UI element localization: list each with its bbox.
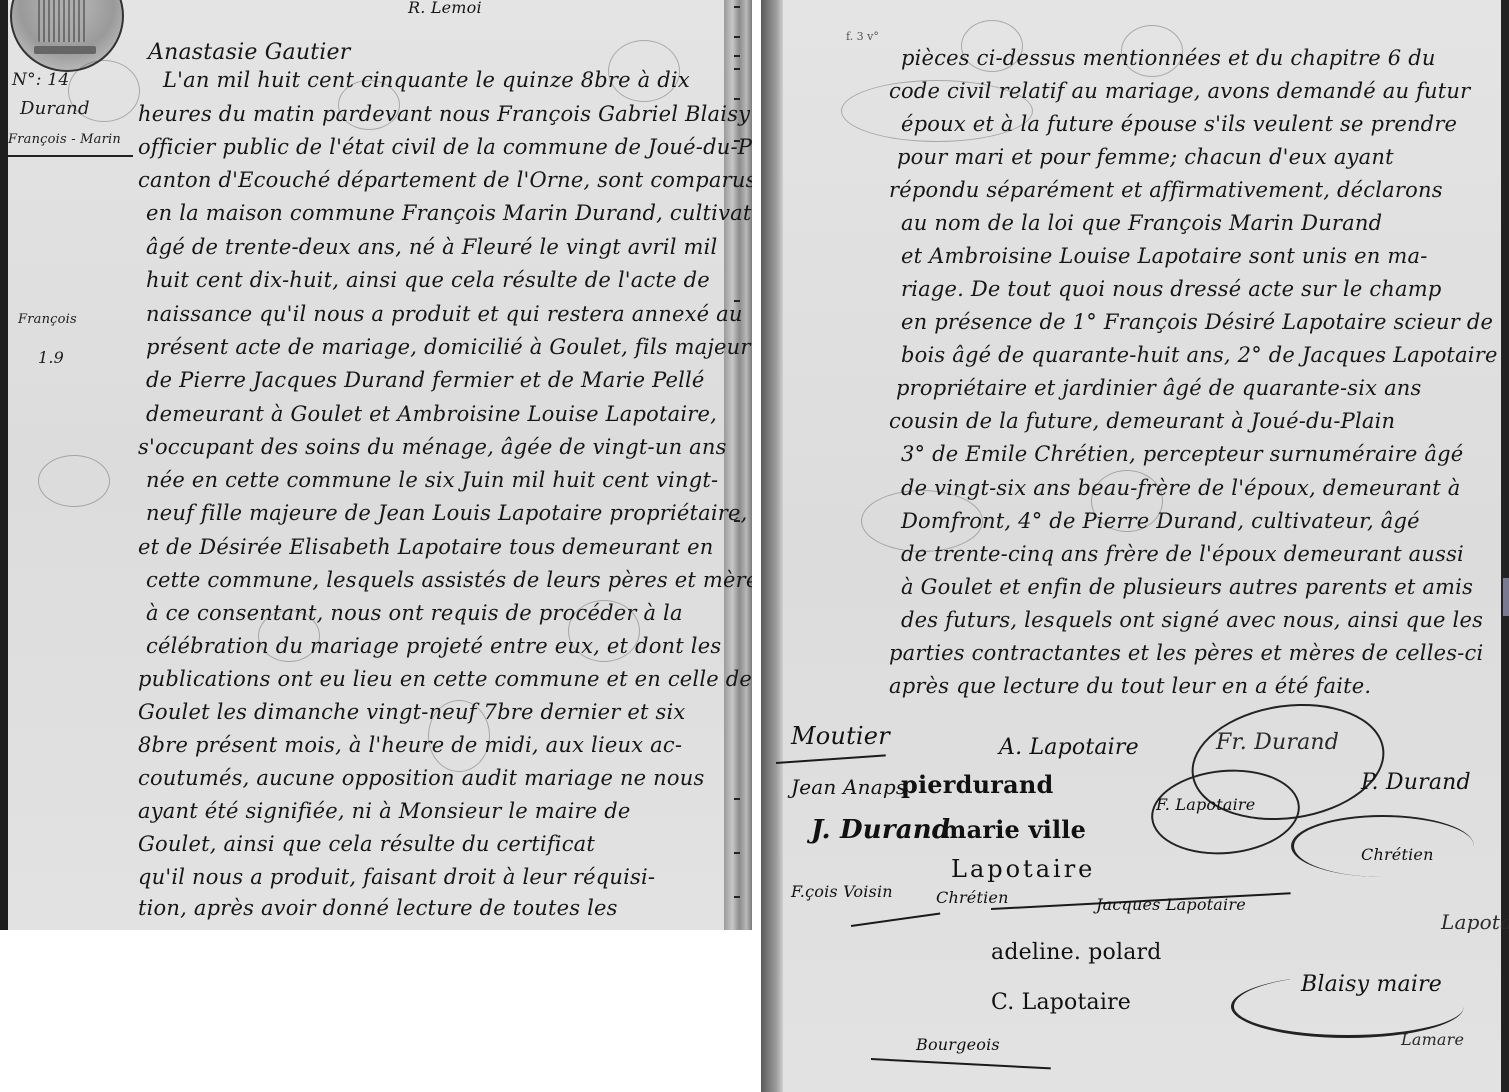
signature: pierdurand xyxy=(901,770,1053,799)
signature: Moutier xyxy=(791,722,890,750)
signature: Jacques Lapotaire xyxy=(1096,895,1246,914)
signature: F. Lapotaire xyxy=(1156,795,1255,814)
margin-surname: Durand xyxy=(20,98,90,119)
seal-seated-figure-icon xyxy=(38,0,86,42)
signature: J. Durand xyxy=(811,815,950,845)
signature: Chrétien xyxy=(936,888,1009,907)
record-line: s'occupant des soins du ménage, âgée de … xyxy=(138,437,727,458)
record-line: naissance qu'il nous a produit et qui re… xyxy=(146,304,743,325)
signature: Jean Anaps xyxy=(791,775,906,799)
signature: P. Durand xyxy=(1361,770,1471,795)
record-line: huit cent dix-huit, ainsi que cela résul… xyxy=(146,270,710,291)
record-line: cette commune, lesquels assistés de leur… xyxy=(146,570,752,591)
record-line: pièces ci-dessus mentionnées et du chapi… xyxy=(901,48,1436,69)
signature-underline xyxy=(871,1058,1051,1069)
left-register-page: R. Lemoi Anastasie Gautier N°: 14 Durand… xyxy=(0,0,752,930)
act-number: N°: 14 xyxy=(12,70,69,90)
signature: Lapotaire xyxy=(1441,910,1509,934)
signature-underline xyxy=(851,912,940,927)
record-line: née en cette commune le six Juin mil hui… xyxy=(146,470,718,491)
record-line: neuf fille majeure de Jean Louis Lapotai… xyxy=(146,503,748,524)
record-line: de trente-cinq ans frère de l'époux deme… xyxy=(901,544,1464,565)
header-top-name: R. Lemoi xyxy=(408,0,482,17)
record-line: officier public de l'état civil de la co… xyxy=(138,137,752,158)
margin-lower-note: François xyxy=(18,312,77,327)
record-line: des futurs, lesquels ont signé avec nous… xyxy=(901,610,1483,631)
record-line: L'an mil huit cent cinquante le quinze 8… xyxy=(163,70,690,91)
record-line: ayant été signifiée, ni à Monsieur le ma… xyxy=(138,801,631,822)
record-line: présent acte de mariage, domicilié à Gou… xyxy=(146,337,751,358)
margin-divider xyxy=(8,155,133,157)
record-line: Domfront, 4° de Pierre Durand, cultivate… xyxy=(901,511,1420,532)
record-line: propriétaire et jardinier âgé de quarant… xyxy=(896,378,1422,399)
record-line: cousin de la future, demeurant à Joué-du… xyxy=(889,411,1395,432)
record-line: pour mari et pour femme; chacun d'eux ay… xyxy=(897,147,1394,168)
record-line: et de Désirée Elisabeth Lapotaire tous d… xyxy=(138,537,714,558)
record-line: en présence de 1° François Désiré Lapota… xyxy=(901,312,1493,333)
record-line: publications ont eu lieu en cette commun… xyxy=(138,669,752,690)
record-line: coutumés, aucune opposition audit mariag… xyxy=(138,768,704,789)
signature: Chrétien xyxy=(1361,845,1434,864)
signature: C. Lapotaire xyxy=(991,990,1131,1015)
record-line: bois âgé de quarante-huit ans, 2° de Jac… xyxy=(901,345,1498,366)
record-line: heures du matin pardevant nous François … xyxy=(138,104,752,125)
signature: Bourgeois xyxy=(916,1035,1000,1054)
record-line: au nom de la loi que François Marin Dura… xyxy=(901,213,1382,234)
signature: Blaisy maire xyxy=(1301,972,1442,997)
record-line: après que lecture du tout leur en a été … xyxy=(889,676,1371,697)
signature: Lapotaire xyxy=(951,855,1095,883)
record-line: tion, après avoir donné lecture de toute… xyxy=(138,898,618,919)
record-line: 8bre présent mois, à l'heure de midi, au… xyxy=(138,735,682,756)
folio-pencil-note: f. 3 v° xyxy=(846,30,879,43)
ink-flourish xyxy=(38,455,110,507)
signature-underline xyxy=(776,754,886,764)
margin-given-names: François - Marin xyxy=(8,132,121,147)
margin-lower-number: 1.9 xyxy=(38,348,64,367)
record-line: canton d'Ecouché département de l'Orne, … xyxy=(138,170,752,191)
signature: marie ville xyxy=(941,815,1086,844)
record-line: 3° de Emile Chrétien, percepteur surnumé… xyxy=(901,444,1463,465)
record-line: parties contractantes et les pères et mè… xyxy=(889,643,1483,664)
signature: Lamare xyxy=(1401,1030,1464,1049)
record-line: demeurant à Goulet et Ambroisine Louise … xyxy=(146,404,717,425)
record-line: à Goulet et enfin de plusieurs autres pa… xyxy=(901,577,1473,598)
record-line: âgé de trente-deux ans, né à Fleuré le v… xyxy=(146,237,717,258)
record-line: répondu séparément et affirmativement, d… xyxy=(889,180,1443,201)
seal-inscription-band xyxy=(34,46,96,54)
record-line: en la maison commune François Marin Dura… xyxy=(146,203,752,224)
page-edge-tab xyxy=(1503,578,1509,616)
record-line: époux et à la future épouse s'ils veulen… xyxy=(901,114,1457,135)
record-line: et Ambroisine Louise Lapotaire sont unis… xyxy=(901,246,1428,267)
signature: adeline. polard xyxy=(991,940,1162,965)
record-line: riage. De tout quoi nous dressé acte sur… xyxy=(901,279,1442,300)
record-line: de Pierre Jacques Durand fermier et de M… xyxy=(146,370,705,391)
right-register-page: f. 3 v° pièces ci-dessus mentionnées et … xyxy=(761,0,1509,1092)
record-line: Goulet les dimanche vingt-neuf 7bre dern… xyxy=(138,702,685,723)
record-line: Goulet, ainsi que cela résulte du certif… xyxy=(138,834,595,855)
signature: Fr. Durand xyxy=(1216,730,1339,755)
record-line: à ce consentant, nous ont requis de proc… xyxy=(146,603,683,624)
binding-gutter xyxy=(761,0,783,1092)
record-line: code civil relatif au mariage, avons dem… xyxy=(889,81,1470,102)
record-line: célébration du mariage projeté entre eux… xyxy=(146,636,721,657)
signature: A. Lapotaire xyxy=(999,735,1139,760)
record-line: de vingt-six ans beau-frère de l'époux, … xyxy=(901,478,1460,499)
header-witness-line: Anastasie Gautier xyxy=(148,40,350,65)
signature: F.çois Voisin xyxy=(791,882,893,901)
record-line: qu'il nous a produit, faisant droit à le… xyxy=(138,867,655,888)
